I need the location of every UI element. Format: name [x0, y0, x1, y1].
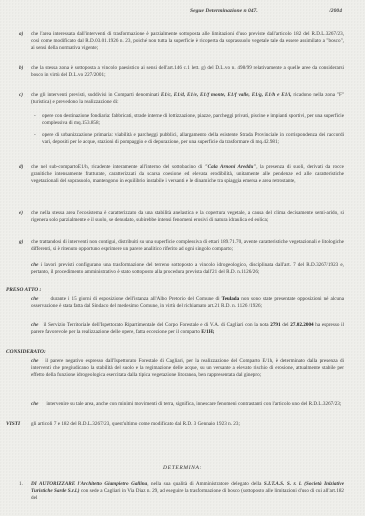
considerato-heading: CONSIDERATO: [6, 349, 46, 355]
che-label: che [31, 322, 38, 328]
authorize-lead: DI AUTORIZZARE [31, 481, 75, 487]
item-text: che nel sub-compartoE1/h, ricadente inte… [31, 164, 205, 170]
item-label: d) [19, 164, 23, 171]
item-text: del [281, 322, 291, 328]
considerato-item-1: che il parere negativo espresso dall'Isp… [31, 358, 344, 379]
item-number: 1. [19, 481, 23, 488]
nota-number: 2791 [270, 322, 280, 328]
sub-item-text: opere con destinazione fondiaria: fabbri… [42, 113, 344, 126]
header-year: /2004 [329, 8, 342, 14]
item-text: gli articoli 7 e 182 del R.D.L.3267/23, … [31, 421, 240, 427]
che-label: che [31, 358, 38, 364]
item-label: b) [19, 65, 23, 72]
che-lavori: che i lavori previsti configurano una tr… [31, 262, 344, 276]
item-g: g) che trattandosi di interventi non con… [31, 239, 344, 253]
item-label: e) [19, 210, 23, 217]
item-e: e) che nella stessa area l'ecosistema è … [31, 210, 344, 224]
considerato-item-2: che intervenire su tale area, anche con … [31, 401, 344, 408]
comune-name: Teulada [222, 296, 240, 302]
che-label: che [31, 296, 38, 302]
item-b: b) che la stessa zona è sottoposta a vin… [31, 65, 344, 79]
architect-name: l'Architetto Giampietro Gallina [75, 481, 147, 487]
item-text: , nella sua qualità di Amministratore de… [147, 481, 264, 487]
che-text: i lavori previsti configurano una trasfo… [31, 262, 344, 275]
item-text: intervenire su tale area, anche con mini… [46, 401, 341, 407]
item-label: a) [19, 31, 23, 38]
item-text: che nella stessa area l'ecosistema è car… [31, 210, 344, 223]
determina-item-1: 1. DI AUTORIZZARE l'Architetto Giampietr… [31, 481, 344, 502]
item-a: a) che l'area interessata dall'intervent… [31, 31, 344, 52]
place-name: "Cala Arnoni Areddu" [205, 164, 256, 170]
sub-item-1: -opere con destinazione fondiaria: fabbr… [42, 113, 344, 127]
item-text: il Servizio Territoriale dell'Ispettorat… [44, 322, 271, 328]
nota-date: 27.02.2004 [290, 322, 313, 328]
item-d: d) che nel sub-compartoE1/h, ricadente i… [31, 164, 344, 185]
item-text: il parere negativo espresso dall'Ispetto… [31, 358, 344, 378]
sub-item-2: -opere di urbanizzazione primaria: viabi… [42, 132, 344, 146]
preso-atto-heading: PRESO ATTO : [6, 287, 41, 293]
item-text: durante i 15 giorni di esposizione dell'… [50, 296, 221, 302]
preso-atto-item-2: che il Servizio Territoriale dell'Ispett… [31, 322, 344, 336]
sub-item-text: opere di urbanizzazione primaria: viabil… [42, 132, 344, 145]
item-text: che l'area interessata dall'interventi d… [31, 31, 344, 51]
item-text: che trattandosi di interventi non contig… [31, 239, 344, 252]
determina-title: DETERMINA: [0, 465, 365, 471]
item-c: c) che gli interventi previsti, suddivis… [31, 92, 344, 106]
visti-heading: VISTI [6, 421, 20, 427]
document-page: Segue Determinazione n 047. /2004 a) che… [0, 0, 365, 516]
item-text: che gli interventi previsti, suddivisi i… [31, 92, 161, 98]
preso-atto-item-1: che durante i 15 giorni di esposizione d… [31, 296, 344, 310]
item-label: c) [19, 92, 23, 99]
header-title: Segue Determinazione n 047. [190, 8, 258, 14]
che-label: che [31, 262, 38, 268]
item-text: che la stessa zona è sottoposta a vincol… [31, 65, 344, 78]
comparti-list: E1/c, E1/d, E1/e, E1/f monte, E1/f valle… [161, 92, 292, 98]
comparto-code: E/1H; [201, 329, 214, 335]
visti-text: gli articoli 7 e 182 del R.D.L.3267/23, … [31, 421, 344, 428]
che-label: che [31, 401, 38, 407]
item-label: g) [19, 239, 23, 246]
page-header: Segue Determinazione n 047. /2004 [190, 8, 350, 14]
